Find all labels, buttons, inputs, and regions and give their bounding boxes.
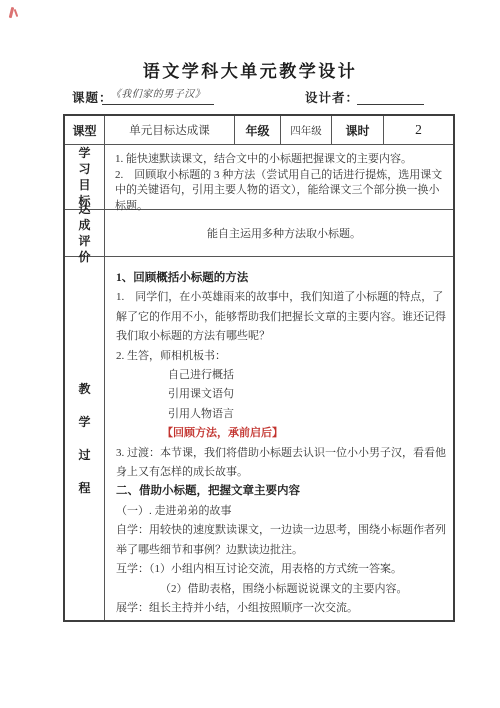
evaluation-label: 达成评价 xyxy=(65,210,105,256)
process-line: 2. 生答，师相机板书： xyxy=(116,347,446,366)
corner-stamp-icon xyxy=(7,6,20,20)
topic-value-underlined: 《我们家的男子汉》 xyxy=(102,87,214,105)
process-line: 1、回顾概括小标题的方法 xyxy=(116,269,446,288)
process-line: 【回顾方法，承前启后】 xyxy=(116,424,446,443)
process-line: 展学：组长主持并小结，小组按照顺序一次交流。 xyxy=(116,599,446,618)
objectives-content: 1. 能快速默读课文，结合文中的小标题把握课文的主要内容。2. 回顾取小标题的 … xyxy=(105,145,453,209)
grade-label: 年级 xyxy=(235,116,281,144)
objective-item: 2. 回顾取小标题的 3 种方法（尝试用自己的话进行提炼，选用课文中的关键语句，… xyxy=(115,168,447,215)
evaluation-content: 能自主运用多种方法取小标题。 xyxy=(105,210,453,256)
teaching-design-table: 课型 单元目标达成课 年级 四年级 课时 2 学习目标 1. 能快速默读课文，结… xyxy=(63,114,455,622)
process-line: 自学：用较快的速度默读课文，一边读一边思考，围绕小标题作者列举了哪些细节和事例？… xyxy=(116,521,446,560)
course-type-label: 课型 xyxy=(65,116,105,144)
process-line: 互学：（1）小组内相互讨论交流，用表格的方式统一答案。 xyxy=(116,560,446,579)
info-row: 课型 单元目标达成课 年级 四年级 课时 2 xyxy=(65,116,453,145)
process-line: 引用课文语句 xyxy=(116,385,446,404)
objectives-row: 学习目标 1. 能快速默读课文，结合文中的小标题把握课文的主要内容。2. 回顾取… xyxy=(65,145,453,210)
process-line: 引用人物语言 xyxy=(116,405,446,424)
document-page: 语文学科大单元教学设计 课题： 《我们家的男子汉》 设计者： 课型 单元目标达成… xyxy=(0,0,500,708)
page-title: 语文学科大单元教学设计 xyxy=(0,57,500,82)
objective-item: 1. 能快速默读课文，结合文中的小标题把握课文的主要内容。 xyxy=(115,152,447,168)
process-line: 1. 同学们，在小英雄雨来的故事中，我们知道了小标题的特点，了解了它的作用不小，… xyxy=(116,288,446,346)
periods-label: 课时 xyxy=(332,116,384,144)
evaluation-row: 达成评价 能自主运用多种方法取小标题。 xyxy=(65,210,453,257)
objectives-label: 学习目标 xyxy=(65,145,105,209)
meta-line: 课题： 《我们家的男子汉》 设计者： xyxy=(0,88,500,108)
grade-value: 四年级 xyxy=(281,116,332,144)
process-row: 教学过程 1、回顾概括小标题的方法1. 同学们，在小英雄雨来的故事中，我们知道了… xyxy=(65,257,453,620)
process-line: （2）借助表格，围绕小标题说说课文的主要内容。 xyxy=(116,580,446,599)
process-label: 教学过程 xyxy=(65,257,105,620)
process-content: 1、回顾概括小标题的方法1. 同学们，在小英雄雨来的故事中，我们知道了小标题的特… xyxy=(105,257,453,620)
course-type-value: 单元目标达成课 xyxy=(105,116,235,144)
process-line: 二、借助小标题，把握文章主要内容 xyxy=(116,482,446,501)
process-line: 自己进行概括 xyxy=(116,366,446,385)
process-line: （一）. 走进弟弟的故事 xyxy=(116,502,446,521)
process-line: 3. 过渡：本节课，我们将借助小标题去认识一位小小男子汉，看看他身上又有怎样的成… xyxy=(116,444,446,483)
designer-label: 设计者： xyxy=(305,88,359,106)
periods-value: 2 xyxy=(384,116,453,144)
designer-value-underlined xyxy=(357,87,424,105)
